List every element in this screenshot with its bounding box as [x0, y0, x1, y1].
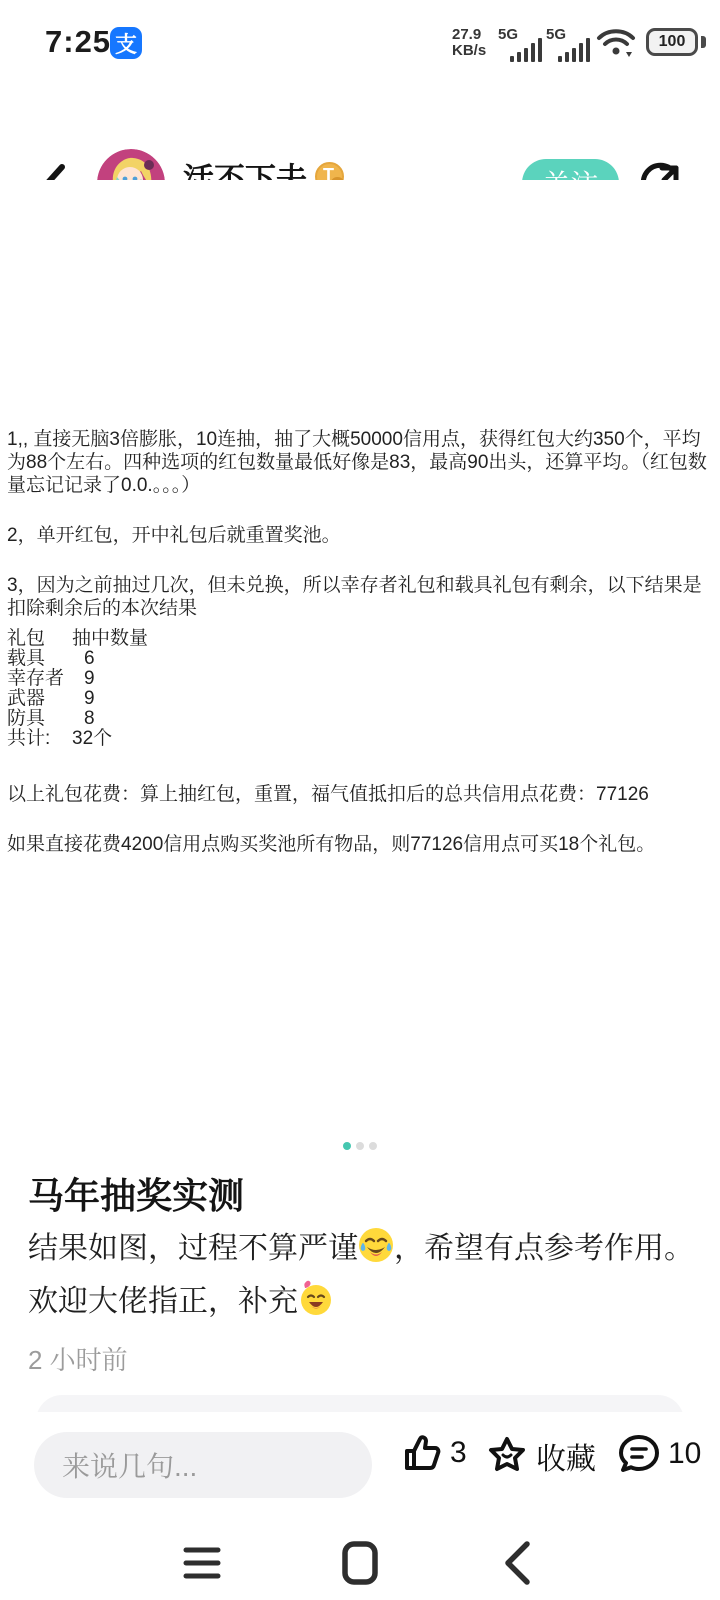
- home-square-icon: [342, 1541, 378, 1585]
- note-paragraph-3: 3，因为之前抽过几次，但未兑换，所以幸存者礼包和载具礼包有剩余，以下结果是扣除剩…: [7, 574, 714, 620]
- like-count: 3: [450, 1436, 467, 1470]
- bottom-action-bar: 来说几句... 3 收藏 10: [0, 1412, 720, 1522]
- result-table: 礼包 抽中数量 载具 6 幸存者 9 武器 9 防具 8: [7, 629, 714, 749]
- comparison-line: 如果直接花费4200信用点购买奖池所有物品，则77126信用点可买18个礼包。: [7, 833, 714, 856]
- wifi-icon: [596, 28, 638, 60]
- table-row: 载具 6: [7, 649, 714, 669]
- table-row: 武器 9: [7, 689, 714, 709]
- sim1-signal: 5G: [498, 26, 546, 62]
- row-label: 载具: [7, 649, 72, 669]
- network-speed-value: 27.9: [452, 27, 486, 43]
- star-icon: [486, 1436, 528, 1476]
- row-value: 32个: [72, 729, 112, 749]
- comments-button[interactable]: 10: [618, 1434, 701, 1474]
- nav-back-button[interactable]: [494, 1540, 540, 1586]
- thumbs-up-icon: [402, 1434, 442, 1472]
- nav-recents-button[interactable]: [179, 1540, 225, 1586]
- row-value: 9: [72, 689, 95, 709]
- row-value: 9: [72, 669, 95, 689]
- row-label: 幸存者: [7, 669, 72, 689]
- table-row: 幸存者 9: [7, 669, 714, 689]
- carousel-dot-active: [343, 1142, 351, 1150]
- comment-bubble-icon: [618, 1434, 660, 1474]
- app-screen: 7:25 支 27.9 KB/s 5G 5G: [0, 0, 720, 1600]
- favorite-label: 收藏: [536, 1434, 596, 1478]
- post-image[interactable]: 1,, 直接无脑3倍膨胀，10连抽，抽了大概50000信用点，获得红包大约350…: [0, 180, 720, 1130]
- table-header-row: 礼包 抽中数量: [7, 629, 714, 649]
- laughing-crying-emoji-icon: [358, 1227, 394, 1263]
- row-value: 6: [72, 649, 95, 669]
- table-row: 防具 8: [7, 709, 714, 729]
- like-button[interactable]: 3: [402, 1434, 467, 1472]
- alipay-notification-icon: 支: [110, 27, 142, 59]
- note-paragraph-1: 1,, 直接无脑3倍膨胀，10连抽，抽了大概50000信用点，获得红包大约350…: [7, 428, 714, 497]
- post-description: 结果如图，过程不算严谨，希望有点参考作用。欢迎大佬指正，补充: [28, 1222, 694, 1328]
- table-total-row: 共计: 32个: [7, 729, 714, 749]
- favorite-button[interactable]: 收藏: [486, 1434, 596, 1478]
- carousel-page-indicator: [0, 1142, 720, 1150]
- network-speed-unit: KB/s: [452, 43, 486, 59]
- comment-count: 10: [668, 1437, 701, 1471]
- android-nav-bar: [0, 1522, 720, 1600]
- carousel-dot: [369, 1142, 377, 1150]
- signal-bars-icon: [510, 38, 542, 62]
- hamburger-icon: [183, 1546, 221, 1580]
- comment-input[interactable]: 来说几句...: [34, 1432, 372, 1498]
- post-timestamp: 2 小时前: [28, 1340, 128, 1377]
- col-header-gift: 礼包: [7, 629, 72, 649]
- signal-bars-icon: [558, 38, 590, 62]
- smiling-heart-emoji-icon: [298, 1280, 334, 1316]
- battery-icon: 100: [646, 28, 698, 56]
- status-bar: 7:25 支 27.9 KB/s 5G 5G: [0, 0, 720, 66]
- network-speed: 27.9 KB/s: [452, 27, 486, 59]
- sim2-signal: 5G: [546, 26, 594, 62]
- post-title: 马年抽奖实测: [28, 1168, 244, 1219]
- chevron-left-icon: [503, 1541, 531, 1585]
- post-header: 活不下去 T 5 佛系摸鱼 关注: [0, 70, 720, 170]
- row-label: 武器: [7, 689, 72, 709]
- cost-summary-line: 以上礼包花费：算上抽红包，重置，福气值抵扣后的总共信用点花费：77126: [7, 783, 714, 806]
- clock: 7:25: [45, 24, 111, 60]
- row-label: 防具: [7, 709, 72, 729]
- battery-percent: 100: [659, 33, 686, 51]
- row-value: 8: [72, 709, 95, 729]
- nav-home-button[interactable]: [337, 1540, 383, 1586]
- col-header-count: 抽中数量: [72, 629, 148, 649]
- carousel-dot: [356, 1142, 364, 1150]
- note-paragraph-2: 2，单开红包，开中礼包后就重置奖池。: [7, 524, 714, 547]
- row-label: 共计:: [7, 729, 72, 749]
- battery-nub: [701, 36, 706, 48]
- post-image-text: 1,, 直接无脑3倍膨胀，10连抽，抽了大概50000信用点，获得红包大约350…: [7, 428, 714, 883]
- description-text-1: 结果如图，过程不算严谨: [28, 1232, 358, 1265]
